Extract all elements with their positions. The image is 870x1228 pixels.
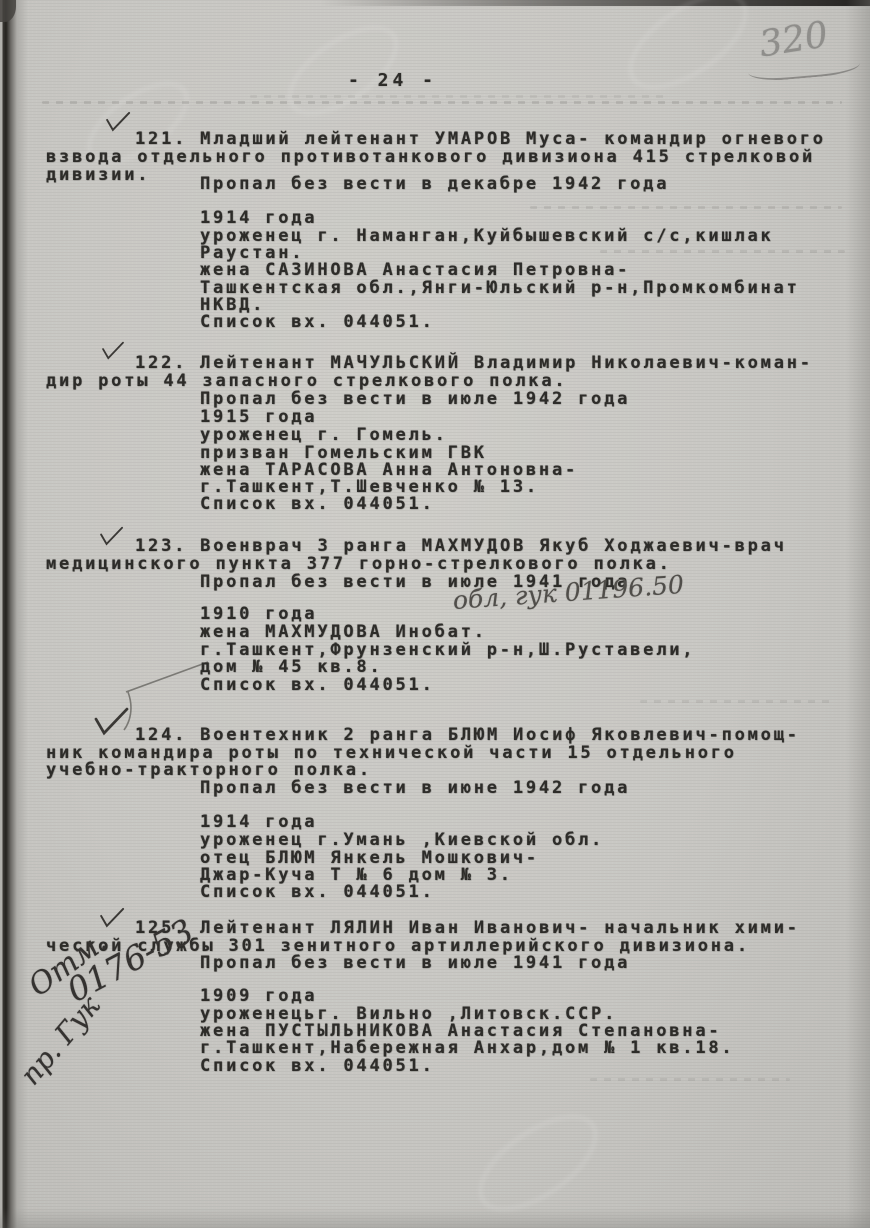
typed-line: Список вх. 044051. bbox=[200, 884, 435, 901]
bleedthrough-streak bbox=[590, 1078, 790, 1081]
right-edge-shading bbox=[846, 0, 870, 1228]
typed-line: Список вх. 044051. bbox=[200, 1058, 435, 1075]
handwritten-note: пр. Гук bbox=[16, 991, 105, 1090]
entry-checkmark bbox=[90, 703, 129, 742]
typed-line: 121. Младший лейтенант УМАРОВ Муса- кома… bbox=[135, 131, 826, 148]
typed-line: Список вх. 044051. bbox=[200, 496, 435, 513]
typed-line: жена САЗИНОВА Анастасия Петровна- bbox=[200, 262, 630, 279]
typed-line: 122. Лейтенант МАЧУЛЬСКИЙ Владимир Никол… bbox=[135, 355, 813, 372]
typed-line: уроженец г. Гомель. bbox=[200, 427, 448, 444]
bleedthrough-streak bbox=[640, 700, 830, 703]
typed-line: г.Ташкент,Набережная Анхар,дом № 1 кв.18… bbox=[200, 1040, 734, 1057]
bleedthrough-streak bbox=[600, 250, 845, 253]
typed-line: уроженец г.Умань ,Киевской обл. bbox=[200, 832, 604, 849]
page-fold-shadow bbox=[0, 0, 28, 1228]
typed-line: Пропал без вести в июле 1942 года bbox=[200, 391, 630, 408]
entry-checkmark bbox=[99, 339, 125, 365]
typed-line: 1910 года bbox=[200, 606, 317, 623]
typed-line: 125. Лейтенант ЛЯЛИН Иван Иванович- нача… bbox=[135, 920, 800, 937]
typed-line: 1914 года bbox=[200, 814, 317, 831]
typed-line: медицинского пункта 377 горно-стрелковог… bbox=[46, 556, 672, 573]
typed-line: дир роты 44 запасного стрелкового полка. bbox=[46, 373, 567, 390]
entry-checkmark bbox=[97, 905, 126, 934]
typed-line: дивизии. bbox=[46, 167, 150, 184]
top-scan-edge bbox=[320, 0, 870, 6]
bottom-edge-shading bbox=[0, 1208, 870, 1228]
typed-line: Пропал без вести в декабре 1942 года bbox=[200, 176, 669, 193]
entry-checkmark bbox=[97, 524, 124, 551]
page-number: - 24 - bbox=[348, 70, 437, 91]
watermark-mark bbox=[613, 0, 762, 107]
document-page: - 24 - 121. Младший лейтенант УМАРОВ Мус… bbox=[0, 0, 870, 1228]
typed-line: 124. Воентехник 2 ранга БЛЮМ Иосиф Яковл… bbox=[135, 727, 800, 744]
typed-line: 123. Военврач 3 ранга МАХМУДОВ Якуб Ходж… bbox=[135, 538, 787, 555]
bleedthrough-streak bbox=[530, 206, 842, 209]
typed-line: 1915 года bbox=[200, 409, 317, 426]
typed-line: Пропал без вести в июле 1941 года bbox=[200, 955, 630, 972]
typed-line: Список вх. 044051. bbox=[200, 314, 435, 331]
bleedthrough-streak bbox=[42, 101, 842, 104]
bleedthrough-streak bbox=[250, 95, 670, 98]
typed-line: 1914 года bbox=[200, 210, 317, 227]
typed-line: Пропал без вести в июне 1942 года bbox=[200, 780, 630, 797]
entry-checkmark bbox=[103, 109, 132, 138]
typed-line: Ташкентская обл.,Янги-Юльский р-н,Промко… bbox=[200, 280, 800, 297]
typed-line: 1909 года bbox=[200, 988, 317, 1005]
typed-line: взвода отдельного противотанкового дивиз… bbox=[46, 149, 815, 166]
typed-line: жена МАХМУДОВА Инобат. bbox=[200, 624, 487, 641]
typed-line: дом № 45 кв.8. bbox=[200, 659, 383, 676]
typed-line: Список вх. 044051. bbox=[200, 677, 435, 694]
typed-line: учебно-тракторного полка. bbox=[46, 762, 372, 779]
